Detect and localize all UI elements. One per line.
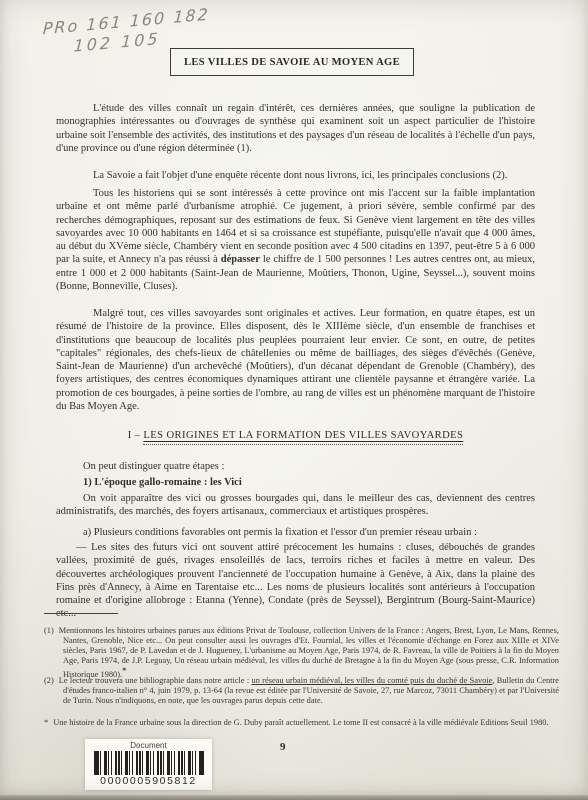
section-1-number: I – xyxy=(128,430,144,441)
intro-paragraph-1: L'étude des villes connaît un regain d'i… xyxy=(56,102,535,155)
subsection-1-item-a: a) Plusieurs conditions favorables ont p… xyxy=(56,526,535,539)
barcode-sticker-title: Document xyxy=(130,741,166,750)
footnote-asterisk-text: Une histoire de la France urbaine sous l… xyxy=(53,718,548,727)
footnote-1-asterisk: * xyxy=(122,666,126,675)
barcode-icon xyxy=(94,751,204,775)
footnote-1: (1)Mentionnons les histoires urbaines pa… xyxy=(44,626,559,680)
footnote-1-text: Mentionnons les histoires urbaines parue… xyxy=(59,626,559,679)
page-title: LES VILLES DE SAVOIE AU MOYEN AGE xyxy=(184,57,400,68)
intro-paragraph-3: Tous les historiens qui se sont intéress… xyxy=(56,187,535,293)
footnote-2-underlined-title: un réseau urbain médiéval, les villes du… xyxy=(252,676,493,685)
subsection-1-title: 1) L'époque gallo-romaine : les Vici xyxy=(56,476,535,489)
footnote-2-label: (2) xyxy=(44,676,54,685)
footnote-2: (2)Le lecteur trouvera une bibliographie… xyxy=(44,676,559,706)
document-title-box: LES VILLES DE SAVOIE AU MOYEN AGE xyxy=(170,48,414,76)
scan-bottom-edge-shadow xyxy=(0,795,588,800)
subsection-1-paragraph: On voit apparaître des vici ou grosses b… xyxy=(56,492,535,519)
section-1-heading: I – LES ORIGINES ET LA FORMATION DES VIL… xyxy=(56,430,535,441)
footnote-asterisk-label: * xyxy=(44,718,48,727)
intro-paragraph-4: Malgré tout, ces villes savoyardes sont … xyxy=(56,307,535,413)
footnote-separator-rule xyxy=(44,613,118,614)
library-barcode-sticker: Document 0000005905812 xyxy=(85,739,212,790)
page-number: 9 xyxy=(280,741,286,753)
footnote-1-label: (1) xyxy=(44,626,54,635)
section-1-intro-line: On peut distinguer quatre étapes : xyxy=(56,460,535,473)
footnote-asterisk: *Une histoire de la France urbaine sous … xyxy=(44,718,559,728)
barcode-number: 0000005905812 xyxy=(100,775,197,787)
intro-paragraph-2: La Savoie a fait l'objet d'une enquête r… xyxy=(56,169,535,182)
footnote-2-text: Le lecteur trouvera une bibliographie da… xyxy=(59,676,252,685)
section-1-title: LES ORIGINES ET LA FORMATION DES VILLES … xyxy=(143,430,463,445)
scanned-document-page: PRo 161 160 182 102 105 LES VILLES DE SA… xyxy=(0,0,588,800)
subsection-1-dash-paragraph: — Les sites des futurs vici ont souvent … xyxy=(56,541,535,621)
overtyped-correction: dépasser xyxy=(221,254,260,265)
